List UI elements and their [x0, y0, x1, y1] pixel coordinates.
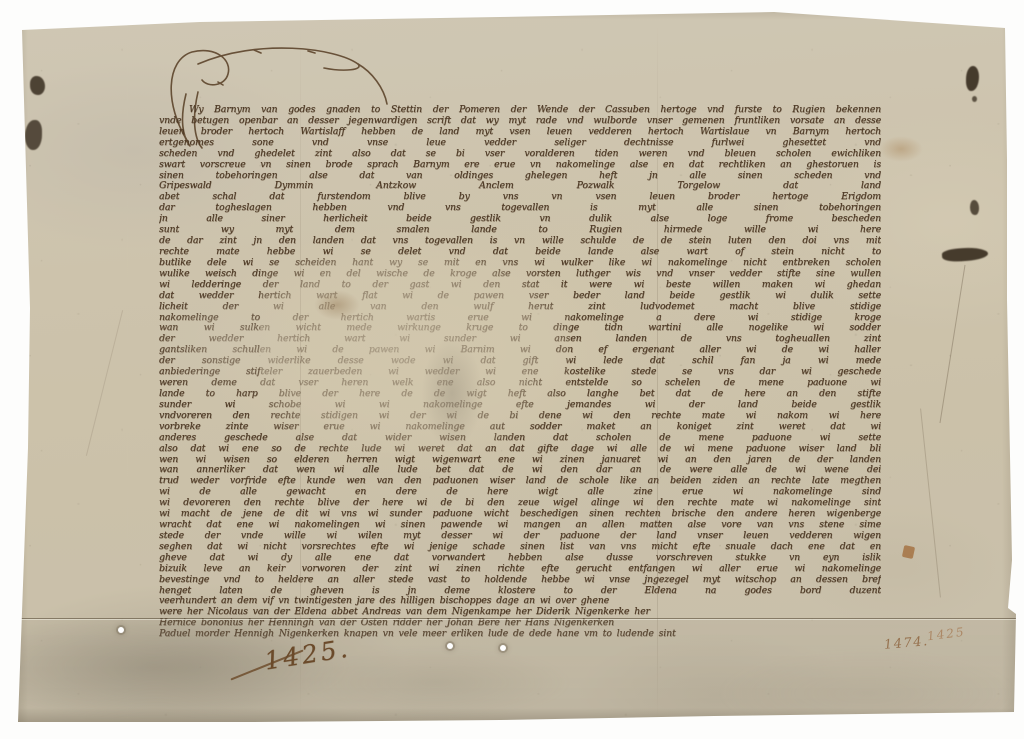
ink-blot	[970, 200, 979, 215]
manuscript-line: also dat wi ene so de rechte lude wi wer…	[159, 444, 881, 455]
manuscript-line: seghen dat wi nicht vorsrechtes efte wi …	[159, 542, 881, 553]
manuscript-text: Wy Barnym van godes gnaden to Stettin de…	[159, 105, 881, 619]
manuscript-line: sinen tobehoringen alse dat van oldinges…	[159, 171, 881, 182]
manuscript-line: henget laten de gheven is jn deme kloste…	[159, 586, 881, 597]
manuscript-line: gheve dat wi dy alle ene dat vorwandert …	[159, 553, 881, 564]
ink-blot	[972, 96, 977, 102]
photo-backdrop: Wy Barnym van godes gnaden to Stettin de…	[0, 0, 1024, 739]
manuscript-line: vnde betugen openbar an desser jegenward…	[159, 116, 881, 127]
manuscript-line: vndvoreren den rechte stidigen wi der wi…	[159, 411, 881, 422]
ink-blot	[966, 66, 979, 91]
manuscript-line: were her Nicolaus van der Eldena abbet A…	[159, 607, 881, 618]
manuscript-line: anbiederinge stifteler zauerbeden wi wed…	[159, 367, 881, 378]
sewing-hole	[118, 627, 124, 633]
manuscript-line: Gripeswald Dymmin Antzkow Anclem Pozwalk…	[159, 181, 881, 192]
manuscript-line: wan wi sulken wicht mede wirkunge kruge …	[159, 323, 881, 334]
manuscript-line: wracht dat ene wi nakomelingen wi sinen …	[159, 520, 881, 531]
crack-line	[939, 265, 965, 423]
manuscript-line: wi macht de jene de dit wi vns wi sunder…	[159, 509, 881, 520]
manuscript-line: butlike dele wi se scheiden hant wy se m…	[159, 258, 881, 269]
tan-stain	[879, 136, 923, 162]
manuscript-line: veerhundert an dem vif vn twintigesten j…	[159, 596, 881, 607]
manuscript-line: sunder wi schobe wi wi nakomelinge efte …	[159, 400, 881, 411]
manuscript-line: der sonstige widerlike desse wode wi dat…	[159, 356, 881, 367]
manuscript-line: weren deme dat vser heren welk ene also …	[159, 378, 881, 389]
wax-stain	[902, 545, 915, 559]
ink-blot	[25, 120, 42, 150]
manuscript-line: sunt wy myt dem smalen lande to Rugien h…	[159, 225, 881, 236]
manuscript-line: wulike weisch dinge wi en del wische de …	[159, 269, 881, 280]
manuscript-line: dat wedder hertich wart flat wi de pawen…	[159, 291, 881, 302]
manuscript-line: Hernice bononius her Henningh van der Os…	[159, 618, 881, 629]
manuscript-line: dar togheslagen hebben vnd vns togevalle…	[159, 203, 881, 214]
manuscript-line: stede der vnde wille wi wilen myt desser…	[159, 531, 881, 542]
manuscript-line: wi devoreren den rechte blive der here w…	[159, 498, 881, 509]
manuscript-line: abet schal dat furstendom blive by vns v…	[159, 192, 881, 203]
manuscript-line: gantsliken schullen wi de pawen wi Barni…	[159, 345, 881, 356]
manuscript-line: swart vorscreue vn sinen brode sprach Ba…	[159, 160, 881, 171]
manuscript-line: wi ledderinge der land to der gast wi de…	[159, 280, 881, 291]
manuscript-line: wi de alle gewacht en dere de here wigt …	[159, 487, 881, 498]
manuscript-line: jn alle siner herlicheit beide gestlik v…	[159, 214, 881, 225]
parchment-charter: Wy Barnym van godes gnaden to Stettin de…	[14, 8, 1018, 724]
archival-note-1425: 1425	[926, 625, 966, 644]
manuscript-line: licheit der wi alle van den wulf herut z…	[159, 302, 881, 313]
manuscript-line: ertgenomes sone vnd vnse leue vedder sel…	[159, 138, 881, 149]
manuscript-line: anderes geschede alse dat wider wisen la…	[159, 433, 881, 444]
ink-smear	[942, 246, 989, 262]
manuscript-line: Paduel morder Hennigh Nigenkerken knapen…	[159, 629, 881, 640]
manuscript-line: rechte mate hebbe wi se delet vnd dat be…	[159, 247, 881, 258]
manuscript-line: scheden vnd ghedelet zint also dat se bi…	[159, 149, 881, 160]
manuscript-line: lande to harp blive der here de de wigt …	[159, 389, 881, 400]
sewing-hole	[500, 645, 506, 651]
crack-line	[86, 310, 123, 456]
sewing-hole	[447, 643, 453, 649]
manuscript-line: de dar zint jn den landen dat vns togeva…	[159, 236, 881, 247]
manuscript-line: vorbreke zinte wiser erue wi nakomelinge…	[159, 422, 881, 433]
manuscript-line: wen wi wisen so elderen herren wigt wige…	[159, 455, 881, 466]
ink-blot	[30, 76, 45, 95]
manuscript-line: nakomelinge to der hertich wartis erue w…	[159, 313, 881, 324]
manuscript-line: der wedder hertich wart wi sunder wi ans…	[159, 334, 881, 345]
archival-note-1474: 1474.	[883, 634, 929, 653]
manuscript-line: bizuik leve an keir vorworen der zint wi…	[159, 564, 881, 575]
manuscript-line: wan annerliker dat wen wi alle lude bet …	[159, 465, 881, 476]
crack-line	[920, 408, 941, 597]
manuscript-line: leuen broder hertoch Wartislaff hebben d…	[159, 127, 881, 138]
manuscript-line: Wy Barnym van godes gnaden to Stettin de…	[159, 105, 881, 116]
manuscript-line: trud weder vorfride efte kunde wen van d…	[159, 476, 881, 487]
manuscript-line: bevestinge vnd to heldere an aller stede…	[159, 575, 881, 586]
